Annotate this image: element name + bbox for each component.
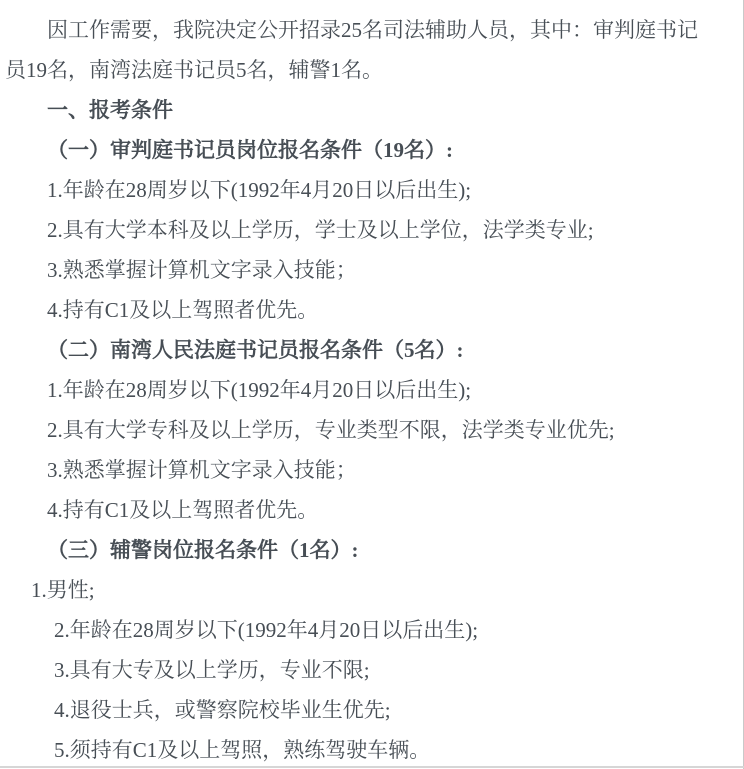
subsection-3-item-veteran-priority: 4.退役士兵，或警察院校毕业生优先; [5,690,736,730]
subsection-2-item-age: 1.年龄在28周岁以下(1992年4月20日以后出生); [5,370,736,410]
subsection-3-item-age: 2.年龄在28周岁以下(1992年4月20日以后出生); [5,610,736,650]
subsection-2-heading-nanwan-clerk: （二）南湾人民法庭书记员报名条件（5名）: [5,330,736,370]
subsection-2-item-drivers-license: 4.持有C1及以上驾照者优先。 [5,490,736,530]
intro-paragraph-line-1: 因工作需要，我院决定公开招录25名司法辅助人员，其中：审判庭书记 [5,10,736,50]
subsection-1-heading-court-clerk: （一）审判庭书记员岗位报名条件（19名）: [5,130,736,170]
subsection-2-item-typing-skill: 3.熟悉掌握计算机文字录入技能； [5,450,736,490]
subsection-2-item-education: 2.具有大学专科及以上学历，专业类型不限，法学类专业优先; [5,410,736,450]
subsection-1-item-typing-skill: 3.熟悉掌握计算机文字录入技能； [5,250,736,290]
intro-paragraph-line-2: 员19名，南湾法庭书记员5名，辅警1名。 [5,50,736,90]
subsection-1-item-age: 1.年龄在28周岁以下(1992年4月20日以后出生); [5,170,736,210]
recruitment-notice-document: 因工作需要，我院决定公开招录25名司法辅助人员，其中：审判庭书记 员19名，南湾… [0,0,744,769]
bottom-edge-divider [0,766,744,768]
subsection-3-item-education: 3.具有大专及以上学历，专业不限; [5,650,736,690]
subsection-1-item-drivers-license: 4.持有C1及以上驾照者优先。 [5,290,736,330]
subsection-3-item-driving-requirement: 5.须持有C1及以上驾照，熟练驾驶车辆。 [5,730,736,769]
subsection-3-heading-auxiliary-police: （三）辅警岗位报名条件（1名）: [5,530,736,570]
subsection-1-item-education: 2.具有大学本科及以上学历，学士及以上学位，法学类专业; [5,210,736,250]
subsection-3-item-gender: 1.男性; [5,570,736,610]
section-title-application-conditions: 一、报考条件 [5,90,736,130]
